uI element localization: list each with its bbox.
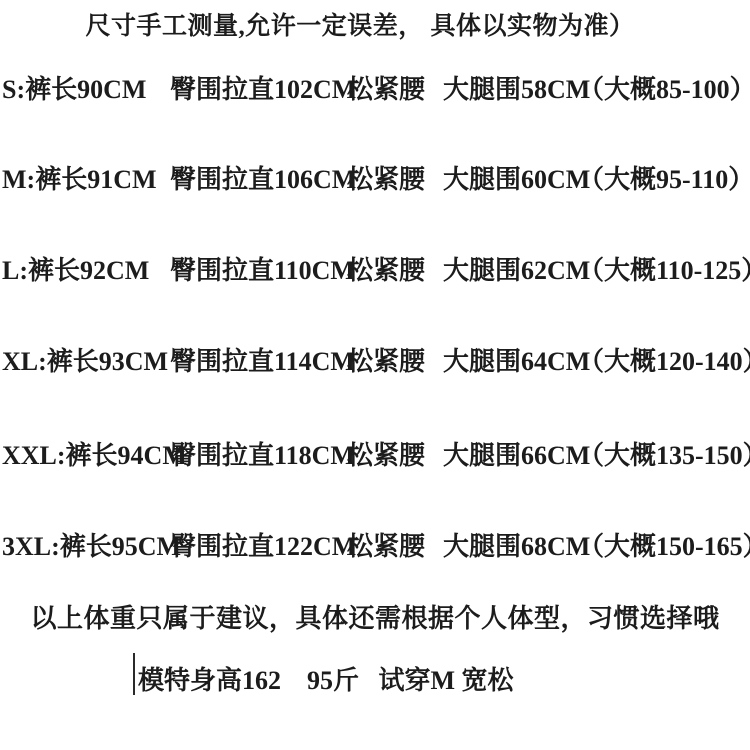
- hip-measurement: 臀围拉直114CM: [170, 341, 355, 378]
- model-info: 模特身高162 95斤 试穿M 宽松: [138, 660, 514, 697]
- size-and-pants-length: XL:裤长93CM: [2, 341, 168, 378]
- waist-type: 松紧腰: [347, 435, 425, 472]
- size-chart-image: 尺寸手工测量,允许一定误差， 具体以实物为准） S:裤长90CM 臀围拉直102…: [0, 0, 750, 750]
- thigh-measurement: 大腿围64CM: [443, 341, 590, 378]
- weight-advice-note: 以上体重只属于建议，具体还需根据个人体型，习惯选择哦: [0, 598, 750, 635]
- size-row-xxl: XXL:裤长94CM 臀围拉直118CM 松紧腰 大腿围66CM （大概135-…: [0, 435, 750, 465]
- hip-measurement: 臀围拉直102CM: [170, 69, 356, 106]
- waist-type: 松紧腰: [347, 69, 425, 106]
- thigh-measurement: 大腿围66CM: [443, 435, 590, 472]
- thigh-measurement: 大腿围60CM: [443, 159, 590, 196]
- hip-measurement: 臀围拉直110CM: [170, 250, 355, 287]
- size-row-m: M:裤长91CM 臀围拉直106CM 松紧腰 大腿围60CM （大概95-110…: [0, 159, 750, 189]
- waist-type: 松紧腰: [347, 341, 425, 378]
- thigh-measurement: 大腿围58CM: [443, 69, 590, 106]
- size-row-s: S:裤长90CM 臀围拉直102CM 松紧腰 大腿围58CM （大概85-100…: [0, 69, 750, 99]
- size-row-xl: XL:裤长93CM 臀围拉直114CM 松紧腰 大腿围64CM （大概120-1…: [0, 341, 750, 371]
- waist-type: 松紧腰: [347, 250, 425, 287]
- thigh-measurement: 大腿围62CM: [443, 250, 590, 287]
- size-and-pants-length: M:裤长91CM: [2, 159, 157, 196]
- size-row-3xl: 3XL:裤长95CM 臀围拉直122CM 松紧腰 大腿围68CM （大概150-…: [0, 526, 750, 556]
- size-and-pants-length: L:裤长92CM: [2, 250, 149, 287]
- hip-measurement: 臀围拉直122CM: [170, 526, 356, 563]
- text-cursor-bar: [133, 653, 135, 695]
- size-and-pants-length: 3XL:裤长95CM: [2, 526, 181, 563]
- waist-type: 松紧腰: [347, 526, 425, 563]
- size-and-pants-length: XXL:裤长94CM: [2, 435, 187, 472]
- size-row-l: L:裤长92CM 臀围拉直110CM 松紧腰 大腿围62CM （大概110-12…: [0, 250, 750, 280]
- hip-measurement: 臀围拉直118CM: [170, 435, 355, 472]
- size-and-pants-length: S:裤长90CM: [2, 69, 146, 106]
- weight-range: （大概95-110）: [578, 159, 750, 196]
- weight-range: （大概110-125）: [578, 250, 750, 287]
- thigh-measurement: 大腿围68CM: [443, 526, 590, 563]
- weight-range: （大概150-165）: [578, 526, 750, 563]
- hip-measurement: 臀围拉直106CM: [170, 159, 356, 196]
- size-chart-title: 尺寸手工测量,允许一定误差， 具体以实物为准）: [0, 6, 720, 42]
- weight-range: （大概135-150）: [578, 435, 750, 472]
- weight-range: （大概120-140）: [578, 341, 750, 378]
- waist-type: 松紧腰: [347, 159, 425, 196]
- weight-range: （大概85-100）: [578, 69, 750, 106]
